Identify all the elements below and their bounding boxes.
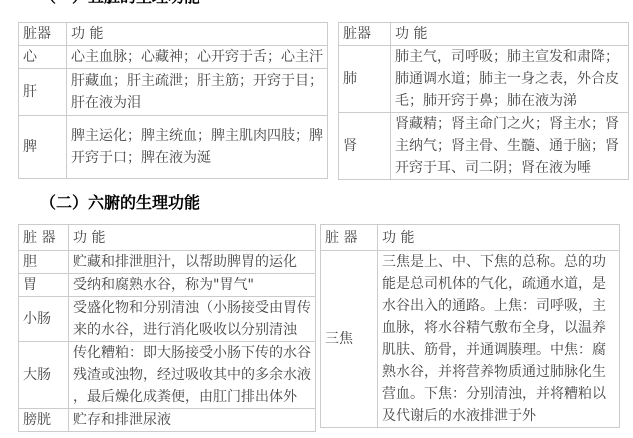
organ-cell: 三焦 (321, 251, 378, 428)
table-row: 三焦 三焦是上、中、下焦的总称。总的功能是总司机体的气化，疏通水道，是水谷出入的… (321, 251, 620, 428)
zang-table-left: 脏器 功 能 心 心主血脉；心藏神；心开窍于舌；心主汗 肝 肝藏血；肝主疏泄；肝… (18, 22, 328, 179)
section2-heading: （二）六腑的生理功能 (40, 195, 633, 211)
organ-cell: 肺 (339, 46, 391, 113)
organ-cell: 胆 (19, 251, 69, 274)
table-row: 心 心主血脉；心藏神；心开窍于舌；心主汗 (19, 46, 328, 69)
table-row: 胃 受纳和腐熟水谷，称为"胃气" (19, 274, 316, 297)
function-cell: 受盛化物和分别清浊（小肠接受由胃传来的水谷，进行消化吸收以分别清浊 (69, 297, 316, 342)
function-cell: 脾主运化；脾主统血；脾主肌肉四肢；脾开窍于口；脾在液为涎 (67, 116, 328, 179)
table-row: 膀胱 贮存和排泄尿液 (19, 409, 316, 432)
table-row: 胆 贮藏和排泄胆汁，以帮助脾胃的运化 (19, 251, 316, 274)
organ-cell: 脾 (19, 116, 67, 179)
table-header-row: 脏器 功 能 (339, 23, 629, 46)
function-cell: 心主血脉；心藏神；心开窍于舌；心主汗 (67, 46, 328, 69)
table-row: 小肠 受盛化物和分别清浊（小肠接受由胃传来的水谷，进行消化吸收以分别清浊 (19, 297, 316, 342)
organ-column-header: 脏器 (339, 23, 391, 46)
organ-cell: 小肠 (19, 297, 69, 342)
function-column-header: 功 能 (391, 23, 629, 46)
function-cell: 肝藏血；肝主疏泄；肝主筋；开窍于目；肝在液为泪 (67, 69, 328, 116)
table-row: 肺 肺主气，司呼吸；肺主宣发和肃降；肺通调水道；肺主一身之表，外合皮毛；肺开窍于… (339, 46, 629, 113)
organ-cell: 肾 (339, 113, 391, 180)
organ-cell: 膀胱 (19, 409, 69, 432)
table-header-row: 脏 器 功 能 (321, 225, 620, 251)
fu-table-left: 脏 器 功 能 胆 贮藏和排泄胆汁，以帮助脾胃的运化 胃 受纳和腐熟水谷，称为"… (18, 224, 316, 432)
fu-table-right: 脏 器 功 能 三焦 三焦是上、中、下焦的总称。总的功能是总司机体的气化，疏通水… (320, 224, 620, 428)
organ-cell: 心 (19, 46, 67, 69)
table-row: 肝 肝藏血；肝主疏泄；肝主筋；开窍于目；肝在液为泪 (19, 69, 328, 116)
function-column-header: 功 能 (378, 225, 620, 251)
function-cell: 贮存和排泄尿液 (69, 409, 316, 432)
section1-tables: 脏器 功 能 心 心主血脉；心藏神；心开窍于舌；心主汗 肝 肝藏血；肝主疏泄；肝… (18, 22, 633, 180)
function-cell: 三焦是上、中、下焦的总称。总的功能是总司机体的气化，疏通水道，是水谷出入的通路。… (378, 251, 620, 428)
table-header-row: 脏器 功 能 (19, 23, 328, 46)
clipped-top-heading: （一）五脏的生理功能 (0, 0, 633, 8)
organ-column-header: 脏 器 (321, 225, 378, 251)
function-cell: 贮藏和排泄胆汁，以帮助脾胃的运化 (69, 251, 316, 274)
table-row: 脾 脾主运化；脾主统血；脾主肌肉四肢；脾开窍于口；脾在液为涎 (19, 116, 328, 179)
function-cell: 传化糟粕：即大肠接受小肠下传的水谷残渣或浊物，经过吸收其中的多余水液，最后燥化成… (69, 342, 316, 409)
table-row: 肾 肾藏精；肾主命门之火；肾主水；肾主纳气；肾主骨、生髓、通于脑；肾开窍于耳、司… (339, 113, 629, 180)
function-column-header: 功 能 (67, 23, 328, 46)
function-column-header: 功 能 (69, 225, 316, 251)
organ-cell: 肝 (19, 69, 67, 116)
function-cell: 肺主气，司呼吸；肺主宣发和肃降；肺通调水道；肺主一身之表，外合皮毛；肺开窍于鼻；… (391, 46, 629, 113)
organ-column-header: 脏器 (19, 23, 67, 46)
table-header-row: 脏 器 功 能 (19, 225, 316, 251)
section1-heading: （一）五脏的生理功能 (40, 0, 633, 7)
section2-tables: 脏 器 功 能 胆 贮藏和排泄胆汁，以帮助脾胃的运化 胃 受纳和腐熟水谷，称为"… (18, 224, 633, 432)
organ-column-header: 脏 器 (19, 225, 69, 251)
function-cell: 肾藏精；肾主命门之火；肾主水；肾主纳气；肾主骨、生髓、通于脑；肾开窍于耳、司二阴… (391, 113, 629, 180)
table-row: 大肠 传化糟粕：即大肠接受小肠下传的水谷残渣或浊物，经过吸收其中的多余水液，最后… (19, 342, 316, 409)
organ-cell: 胃 (19, 274, 69, 297)
organ-cell: 大肠 (19, 342, 69, 409)
zang-table-right: 脏器 功 能 肺 肺主气，司呼吸；肺主宣发和肃降；肺通调水道；肺主一身之表，外合… (338, 22, 629, 180)
function-cell: 受纳和腐熟水谷，称为"胃气" (69, 274, 316, 297)
